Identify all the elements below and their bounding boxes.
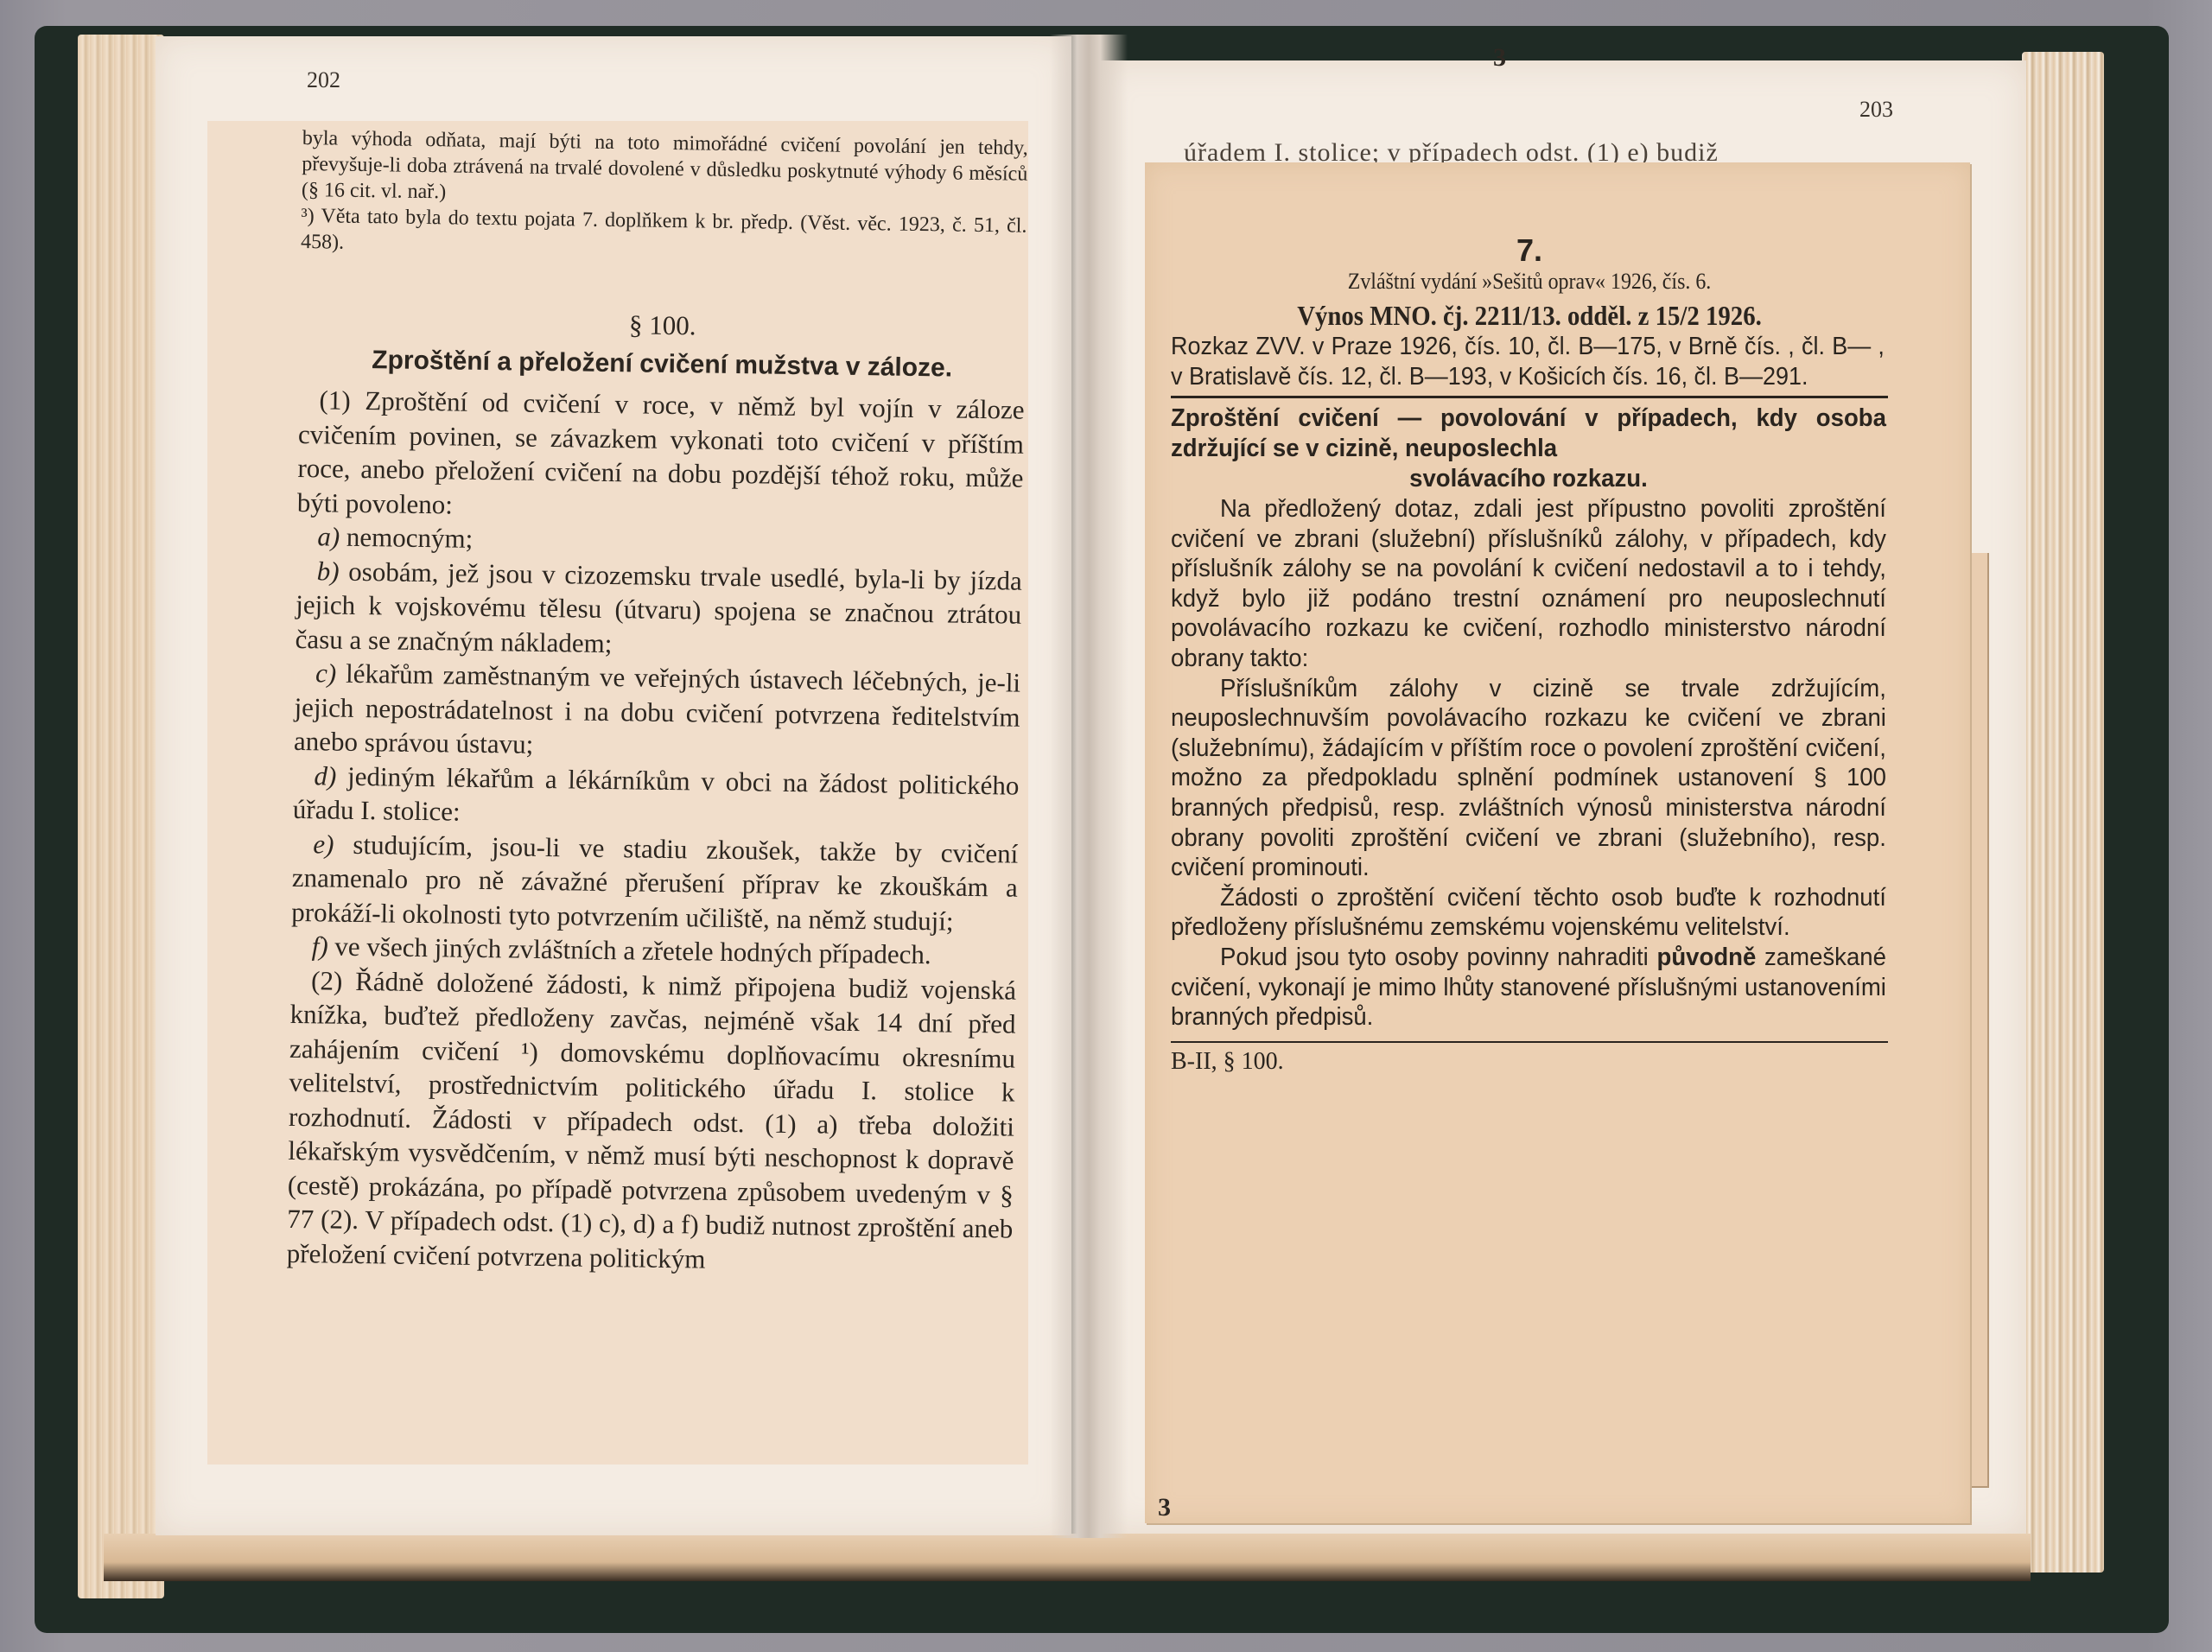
slip-source: Zvláštní vydání »Sešitů oprav« 1926, čís… — [1199, 268, 1859, 295]
item-letter: d) — [314, 760, 336, 791]
page-number-left: 202 — [307, 67, 340, 93]
list-item-e: e) studujícím, jsou-li ve stadiu zkoušek… — [291, 826, 1019, 938]
item-letter: e) — [313, 829, 334, 859]
footnote-3: ³) Věta tato byla do textu pojata 7. dop… — [301, 203, 1027, 265]
item-text: jediným lékařům a lékárníkům v obci na ž… — [293, 760, 1020, 827]
item-text: osobám, jež jsou v cizozemsku trvale use… — [295, 556, 1022, 658]
section-title: Zproštění a přeložení cvičení mužstva v … — [299, 345, 1025, 384]
left-page-edges — [78, 35, 164, 1598]
book-gutter — [1050, 35, 1128, 1538]
page-number-right: 203 — [1859, 97, 1893, 123]
divider — [1171, 1041, 1888, 1043]
slip-heading-end: svolávacího rozkazu. — [1171, 464, 1886, 494]
footnote-continuation: byla výhoda odňata, mají býti na toto mi… — [302, 125, 1028, 213]
para4-bold: původně — [1657, 944, 1757, 971]
slip-paragraph-1: Na předložený dotaz, zdali jest přípustn… — [1171, 494, 1886, 674]
signature-mark-bottom: 3 — [1158, 1493, 1171, 1522]
slip-decree: Výnos MNO. čj. 2211/13. odděl. z 15/2 19… — [1207, 299, 1853, 332]
slip-reference: Rozkaz ZVV. v Praze 1926, čís. 10, čl. B… — [1171, 332, 1885, 392]
item-text: studujícím, jsou-li ve stadiu zkoušek, t… — [291, 829, 1019, 936]
pasted-slip-text: 7. Zvláštní vydání »Sešitů oprav« 1926, … — [1171, 233, 1888, 1076]
slip-paragraph-4: Pokud jsou tyto osoby povinny nahraditi … — [1171, 943, 1886, 1032]
section-number: § 100. — [300, 305, 1026, 346]
paragraph-2: (2) Řádně doložené žádosti, k nimž připo… — [287, 963, 1017, 1280]
item-letter: f) — [311, 931, 327, 961]
signature-mark-top: 3 — [1493, 43, 1506, 73]
slip-footer: B-II, § 100. — [1171, 1048, 1888, 1076]
item-letter: c) — [315, 658, 337, 688]
item-letter: b) — [317, 556, 340, 586]
item-text: ve všech jiných zvláštních a zřetele hod… — [327, 931, 931, 970]
slip-heading: Zproštění cvičení — povolování v případe… — [1171, 403, 1886, 464]
item-letter: a) — [317, 521, 340, 551]
item-text: lékařům zaměstnaným ve veřejných ústavec… — [294, 658, 1021, 759]
right-page-peek-text: úřadem I. stolice; v případech odst. (1)… — [1184, 138, 1910, 162]
slip-paragraph-2: Příslušníkům zálohy v cizině se trvale z… — [1171, 674, 1886, 883]
divider — [1171, 396, 1888, 398]
right-page-edges — [2022, 52, 2104, 1573]
slip-number: 7. — [1171, 233, 1888, 268]
slip-paragraph-3: Žádosti o zproštění cvičení těchto osob … — [1171, 883, 1886, 943]
list-item-b: b) osobám, jež jsou v cizozemsku trvale … — [295, 553, 1022, 665]
list-item-d: d) jediným lékařům a lékárníkům v obci n… — [293, 758, 1020, 836]
paragraph-1: (1) Zproštění od cvičení v roce, v němž … — [297, 383, 1025, 530]
left-page-text: byla výhoda odňata, mají býti na toto mi… — [287, 125, 1028, 1280]
list-item-c: c) lékařům zaměstnaným ve veřejných ústa… — [294, 656, 1021, 768]
bottom-page-edges — [104, 1534, 2031, 1581]
para4-start: Pokud jsou tyto osoby povinny nahraditi — [1220, 944, 1657, 971]
item-text: nemocným; — [340, 522, 474, 554]
